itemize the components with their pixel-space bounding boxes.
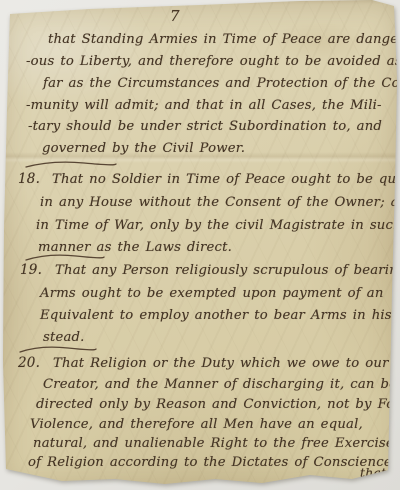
section-divider-flourish bbox=[24, 159, 118, 169]
manuscript-line: stead. bbox=[43, 331, 85, 344]
manuscript-line: Violence, and therefore all Men have an … bbox=[30, 418, 363, 431]
manuscript-line: That Religion or the Duty which we owe t… bbox=[53, 357, 389, 370]
manuscript-scan: 7 that Standing Armies in Time of Peace … bbox=[0, 0, 400, 490]
manuscript-line: in Time of War, only by the civil Magist… bbox=[36, 219, 400, 232]
manuscript-line: governed by the Civil Power. bbox=[42, 142, 245, 155]
section-number: 20. bbox=[18, 357, 40, 371]
manuscript-line: Equivalent to employ another to bear Arm… bbox=[40, 309, 392, 322]
paper-shadow-wrap: 7 that Standing Armies in Time of Peace … bbox=[0, 0, 400, 490]
section-divider-flourish bbox=[18, 344, 98, 354]
manuscript-line: in any House without the Consent of the … bbox=[40, 196, 400, 209]
manuscript-line: -tary should be under strict Subordinati… bbox=[28, 120, 382, 133]
page-number: 7 bbox=[170, 9, 180, 24]
manuscript-page: 7 that Standing Armies in Time of Peace … bbox=[0, 0, 400, 490]
manuscript-line: That any Person religiously scrupulous o… bbox=[55, 264, 400, 277]
manuscript-line: manner as the Laws direct. bbox=[38, 241, 232, 254]
manuscript-line: far as the Circumstances and Protection … bbox=[43, 77, 400, 90]
section-number: 19. bbox=[20, 264, 42, 278]
manuscript-line: Creator, and the Manner of discharging i… bbox=[43, 378, 397, 391]
manuscript-line: natural, and unalienable Right to the fr… bbox=[33, 437, 394, 450]
section-number: 18. bbox=[18, 173, 40, 187]
catchword: that bbox=[360, 467, 386, 480]
manuscript-line: directed only by Reason and Conviction, … bbox=[36, 398, 400, 411]
manuscript-line: -ous to Liberty, and therefore ought to … bbox=[26, 55, 400, 68]
manuscript-line: Arms ought to be exempted upon payment o… bbox=[40, 287, 384, 300]
manuscript-line: that Standing Armies in Time of Peace ar… bbox=[48, 33, 400, 46]
manuscript-line: -munity will admit; and that in all Case… bbox=[26, 99, 382, 112]
manuscript-line: That no Soldier in Time of Peace ought t… bbox=[52, 173, 400, 186]
manuscript-line: of Religion according to the Dictates of… bbox=[28, 456, 400, 469]
